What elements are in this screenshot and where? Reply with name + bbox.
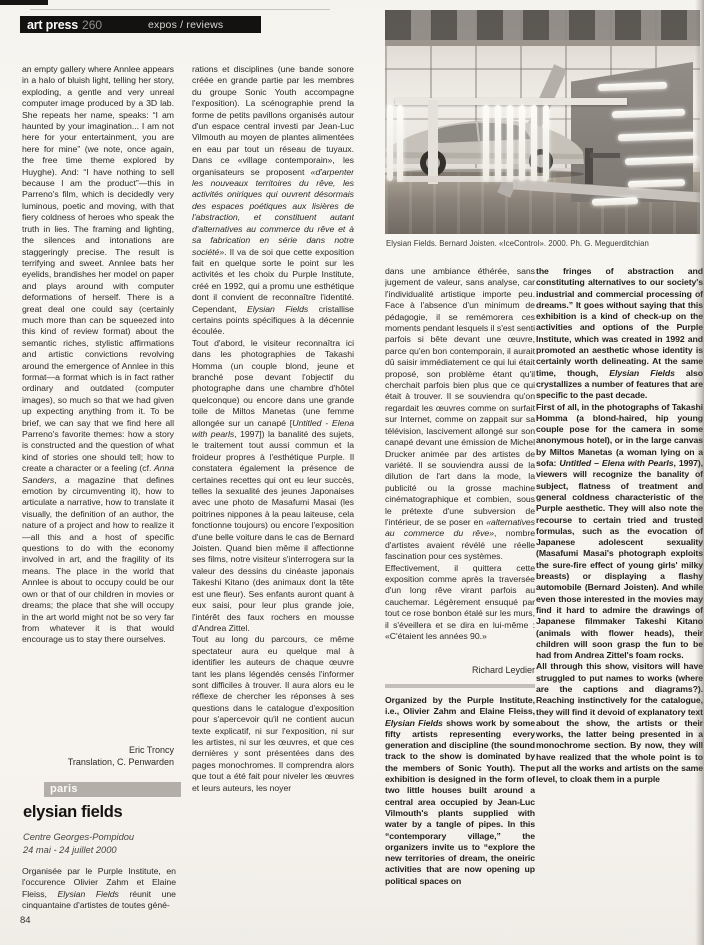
photo-fluorescent-tube bbox=[387, 105, 393, 181]
photo-fluorescent-tube bbox=[495, 105, 501, 181]
issue-number: 260 bbox=[82, 18, 102, 32]
photo-fluorescent-tube bbox=[507, 105, 513, 181]
photo-white-post bbox=[428, 100, 438, 184]
venue-name: Centre Georges-Pompidou bbox=[23, 831, 134, 844]
column-french-2: dans une ambiance éthérée, sans jugement… bbox=[385, 266, 535, 664]
page-edge-shadow bbox=[695, 0, 704, 945]
magazine-page: art press 260 expos / reviews bbox=[0, 0, 704, 945]
page-number: 84 bbox=[20, 915, 31, 926]
review-title: elysian fields bbox=[23, 803, 122, 822]
byline-richard-leydier: Richard Leydier bbox=[385, 664, 535, 676]
annlee-bylines: Eric Troncy Translation, C. Penwarden bbox=[22, 744, 174, 768]
venue-dates: 24 mai - 24 juillet 2000 bbox=[23, 844, 134, 857]
top-hairline bbox=[30, 9, 330, 10]
french-intro-paragraph: Organisée par le Purple Institute, en l'… bbox=[22, 866, 176, 916]
photo-fluorescent-tube bbox=[531, 105, 537, 181]
byline-eric-troncy: Eric Troncy bbox=[22, 744, 174, 756]
column-english-annlee: an empty gallery where Annlee appears in… bbox=[22, 64, 174, 744]
photo-dark-bar bbox=[590, 153, 620, 158]
photo-ceiling-band bbox=[385, 10, 700, 40]
photo-fluorescent-tube bbox=[397, 105, 403, 181]
photo-car bbox=[385, 102, 594, 180]
masthead-bar: art press 260 expos / reviews bbox=[20, 16, 261, 33]
city-badge: paris bbox=[44, 782, 181, 797]
column-french-1: rations et disciplines (une bande sonore… bbox=[192, 64, 354, 882]
translation-credit: Translation, C. Penwarden bbox=[22, 756, 174, 768]
photo-ceiling-edge bbox=[385, 40, 700, 46]
photo-caption: Elysian Fields. Bernard Joisten. «IceCon… bbox=[386, 239, 702, 248]
column-english-translation-2: the fringes of abstraction and constitut… bbox=[536, 266, 703, 943]
column-english-translation-1: Organized by the Purple Institute, i.e.,… bbox=[385, 695, 535, 943]
venue-block: Centre Georges-Pompidou 24 mai - 24 juil… bbox=[23, 831, 134, 856]
photo-fluorescent-tube bbox=[483, 105, 489, 181]
scan-edge-mark bbox=[0, 0, 48, 5]
magazine-title: art press bbox=[27, 18, 78, 32]
photo-fluorescent-tube bbox=[543, 105, 549, 181]
section-label: expos / reviews bbox=[148, 19, 223, 31]
section-divider-rule bbox=[385, 684, 535, 688]
photo-fluorescent-tube bbox=[519, 105, 525, 181]
installation-photo bbox=[385, 10, 700, 234]
